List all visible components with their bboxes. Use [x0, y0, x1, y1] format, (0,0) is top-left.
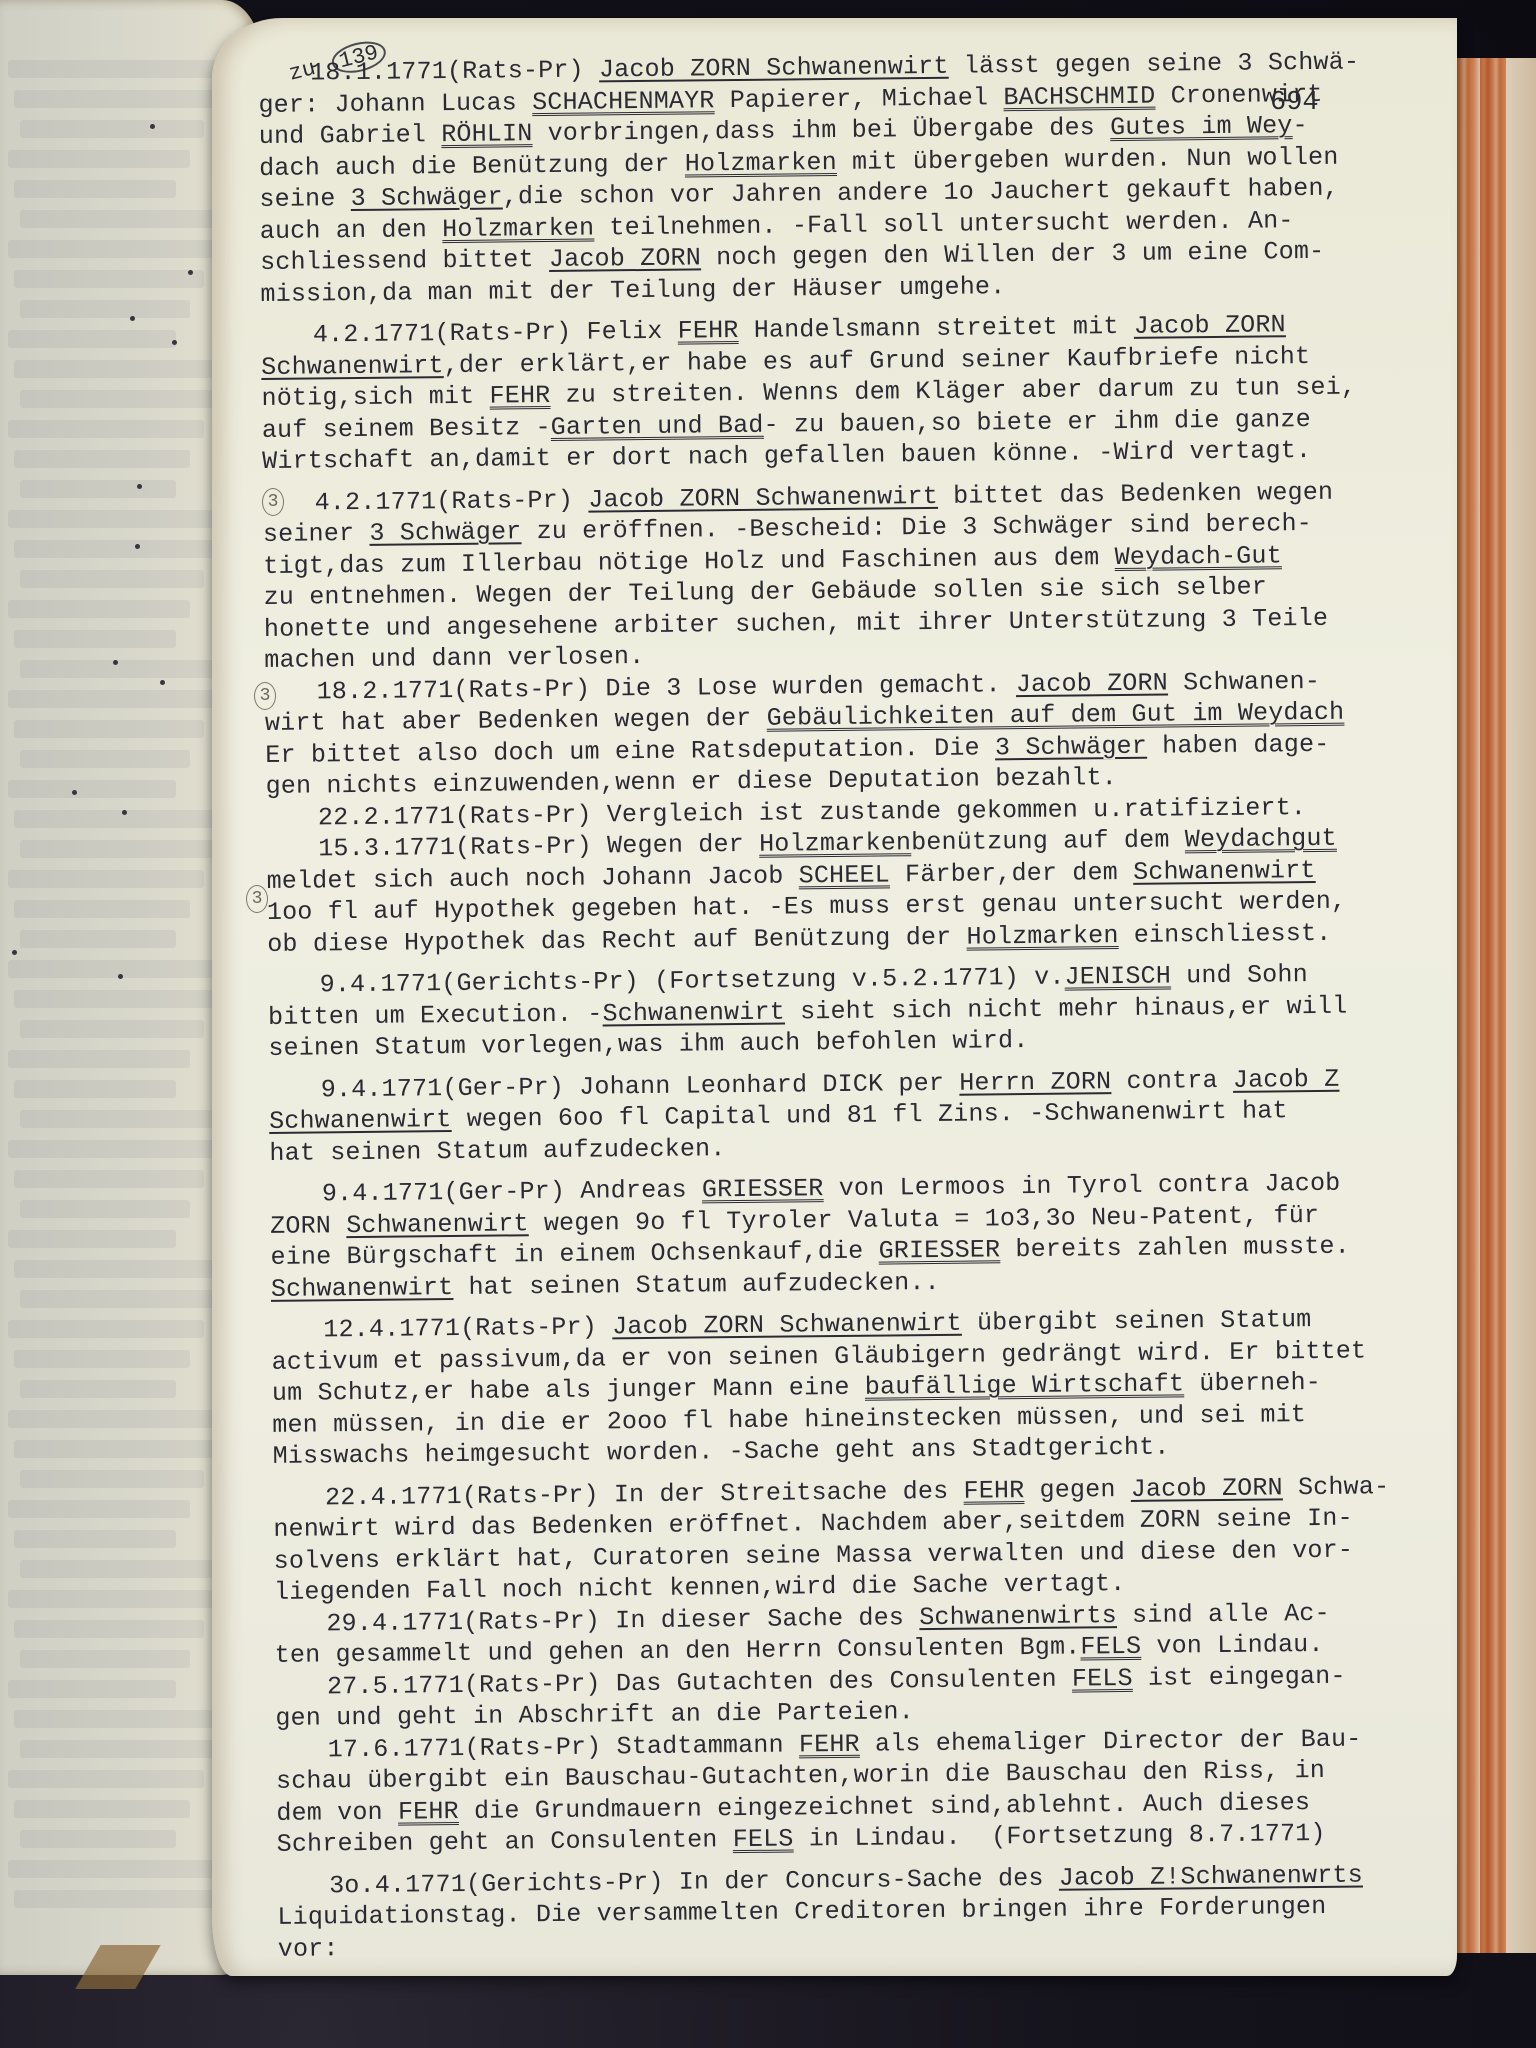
ghost-text-line: [14, 1170, 204, 1188]
ghost-text-line: [14, 540, 218, 558]
ghost-text-line: [8, 1410, 232, 1428]
ghost-text-line: [20, 1560, 232, 1578]
ink-dot: [160, 680, 165, 685]
ghost-text-line: [14, 180, 176, 198]
ghost-text-line: [14, 900, 190, 918]
ghost-text-line: [20, 840, 218, 858]
document-entry: 22.4.1771(Rats-Pr) In der Streitsache de…: [273, 1470, 1464, 1608]
ghost-text-line: [14, 1620, 204, 1638]
ghost-text-line: [8, 240, 218, 258]
ink-dot: [122, 810, 127, 815]
ghost-text-line: [20, 1110, 232, 1128]
ghost-text-line: [8, 870, 204, 888]
ghost-text-line: [14, 1530, 176, 1548]
ghost-text-line: [14, 1260, 232, 1278]
ghost-text-line: [8, 330, 176, 348]
ghost-text-line: [14, 90, 218, 108]
document-entry: 3o.4.1771(Gerichts-Pr) In der Concurs-Sa…: [277, 1858, 1468, 1965]
ghost-text-line: [8, 420, 204, 438]
ghost-text-line: [20, 1740, 218, 1758]
ghost-text-line: [14, 450, 190, 468]
document-entry: 9.4.1771(Gerichts-Pr) (Fortsetzung v.5.2…: [268, 957, 1459, 1064]
document-entry: 12.4.1771(Rats-Pr) Jacob ZORN Schwanenwi…: [271, 1302, 1463, 1472]
ghost-text-line: [8, 150, 190, 168]
ghost-text-line: [20, 480, 176, 498]
ghost-text-line: [8, 1500, 190, 1518]
ghost-text-line: [8, 1050, 190, 1068]
ghost-text-line: [20, 1200, 190, 1218]
ghost-text-line: [14, 990, 218, 1008]
typed-document-text: 18.1.1771(Rats-Pr) Jacob ZORN Schwanenwi…: [258, 46, 1468, 1975]
ghost-text-line: [20, 930, 176, 948]
document-entry: 4.2.1771(Rats-Pr) Felix FEHR Handelsmann…: [261, 308, 1453, 478]
ink-dot: [72, 790, 77, 795]
ink-dot: [118, 974, 123, 979]
ghost-text-line: [20, 210, 232, 228]
ghost-text-line: [14, 1440, 218, 1458]
ghost-text-line: [14, 1350, 190, 1368]
document-entry: 15.3.1771(Rats-Pr) Wegen der Holzmarkenb…: [266, 821, 1457, 959]
ghost-text-line: [20, 390, 218, 408]
document-entry: 18.1.1771(Rats-Pr) Jacob ZORN Schwanenwi…: [258, 46, 1451, 310]
ink-dot: [137, 484, 142, 489]
ghost-text-line: [8, 690, 218, 708]
ink-dot: [130, 316, 135, 321]
ghost-text-line: [8, 60, 232, 78]
ghost-text-line: [14, 1080, 176, 1098]
ghost-text-line: [20, 1830, 176, 1848]
margin-mark-circled: 3: [246, 885, 268, 913]
ghost-text-line: [8, 1590, 218, 1608]
ink-dot: [150, 124, 155, 129]
document-entry: 29.4.1771(Rats-Pr) In dieser Sache des S…: [274, 1596, 1465, 1671]
ink-dot: [113, 660, 118, 665]
ghost-text-line: [20, 1470, 204, 1488]
ghost-text-line: [8, 1770, 204, 1788]
document-entry: 9.4.1771(Ger-Pr) Andreas GRIESSER von Le…: [270, 1166, 1461, 1304]
ghost-text-line: [14, 270, 204, 288]
ghost-text-line: [8, 1140, 218, 1158]
ghost-text-line: [20, 750, 190, 768]
document-entry: 9.4.1771(Ger-Pr) Johann Leonhard DICK pe…: [269, 1062, 1460, 1169]
ghost-text-line: [20, 570, 204, 588]
ghost-text-line: [8, 1860, 232, 1878]
ghost-text-line: [20, 660, 232, 678]
ghost-text-line: [8, 510, 232, 528]
ghost-text-line: [14, 360, 232, 378]
ghost-text-line: [20, 1290, 218, 1308]
ghost-text-line: [8, 780, 176, 798]
ghost-text-line: [14, 1800, 190, 1818]
ghost-text-line: [20, 120, 204, 138]
ghost-text-line: [20, 1650, 190, 1668]
ink-dot: [12, 950, 17, 955]
ghost-text-line: [14, 720, 204, 738]
ink-dot: [188, 270, 193, 275]
document-entry: 17.6.1771(Rats-Pr) Stadtammann FEHR als …: [276, 1722, 1467, 1860]
ghost-text-line: [14, 1890, 218, 1908]
document-entry: 4.2.1771(Rats-Pr) Jacob ZORN Schwanenwir…: [262, 475, 1454, 676]
ghost-text-line: [14, 630, 176, 648]
ghost-text-line: [20, 1380, 176, 1398]
ghost-text-line: [8, 600, 190, 618]
ghost-text-line: [8, 1230, 176, 1248]
ghost-text-line: [20, 300, 190, 318]
ghost-text-line: [8, 1680, 176, 1698]
ghost-text-line: [8, 1320, 204, 1338]
document-entry: 18.2.1771(Rats-Pr) Die 3 Lose wurden gem…: [264, 664, 1455, 802]
ghost-text-line: [20, 1020, 204, 1038]
ink-dot: [172, 340, 177, 345]
ink-dot: [135, 544, 140, 549]
ghost-text-line: [14, 1710, 232, 1728]
